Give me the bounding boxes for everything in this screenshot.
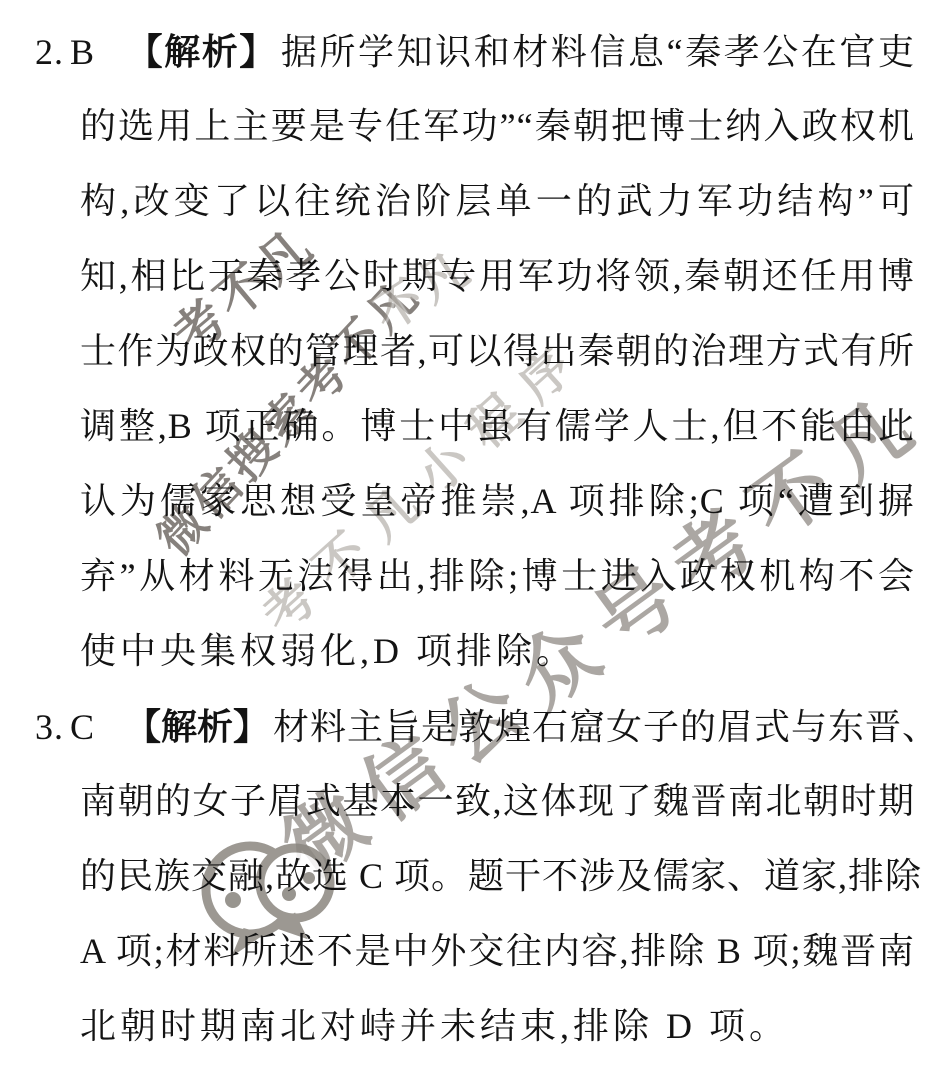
- answers-content: 2.B【解析】据所学知识和材料信息“秦孝公在官吏 的选用上主要是专任军功”“秦朝…: [0, 0, 943, 1073]
- answer-line: 使中央集权弱化,D 项排除。: [80, 614, 915, 689]
- answer-line: 士作为政权的管理者,可以得出秦朝的治理方式有所: [80, 314, 915, 389]
- answer-line: 3.C【解析】材料主旨是敦煌石窟女子的眉式与东晋、: [80, 689, 915, 764]
- answer-sheet-page: 考不凡 微信搜索考不凡 不凡 考不凡小程序 微信公众号考不凡 2.B【解析: [0, 0, 943, 1073]
- analysis-tag: 【解析】: [125, 31, 277, 72]
- answer-line: 知,相比于秦孝公时期专用军功将领,秦朝还任用博: [80, 239, 915, 314]
- answer-line: 构,改变了以往统治阶层单一的武力军功结构”可: [80, 164, 915, 239]
- answer-letter: B: [70, 32, 95, 72]
- answer-line: 南朝的女子眉式基本一致,这体现了魏晋南北朝时期: [80, 764, 915, 839]
- answer-line: 的民族交融,故选 C 项。题干不涉及儒家、道家,排除: [80, 839, 915, 914]
- answer-line: 的选用上主要是专任军功”“秦朝把博士纳入政权机: [80, 89, 915, 164]
- analysis-tag: 【解析】: [125, 706, 269, 747]
- answer-line: 认为儒家思想受皇帝推崇,A 项排除;C 项“遭到摒: [80, 464, 915, 539]
- answer-text: 据所学知识和材料信息“秦孝公在官吏: [281, 32, 915, 72]
- question-number: 3.: [35, 707, 64, 747]
- answer-text: 材料主旨是敦煌石窟女子的眉式与东晋、: [273, 707, 939, 747]
- answer-item-2: 2.B【解析】据所学知识和材料信息“秦孝公在官吏 的选用上主要是专任军功”“秦朝…: [80, 14, 915, 689]
- answer-letter: C: [70, 707, 95, 747]
- answer-line: 弃”从材料无法得出,排除;博士进入政权机构不会: [80, 539, 915, 614]
- answer-line: 2.B【解析】据所学知识和材料信息“秦孝公在官吏: [80, 14, 915, 89]
- answer-line: 北朝时期南北对峙并未结束,排除 D 项。: [80, 989, 915, 1064]
- answer-item-3: 3.C【解析】材料主旨是敦煌石窟女子的眉式与东晋、 南朝的女子眉式基本一致,这体…: [80, 689, 915, 1064]
- question-number: 2.: [35, 32, 64, 72]
- answer-line: A 项;材料所述不是中外交往内容,排除 B 项;魏晋南: [80, 914, 915, 989]
- answer-line: 调整,B 项正确。博士中虽有儒学人士,但不能由此: [80, 389, 915, 464]
